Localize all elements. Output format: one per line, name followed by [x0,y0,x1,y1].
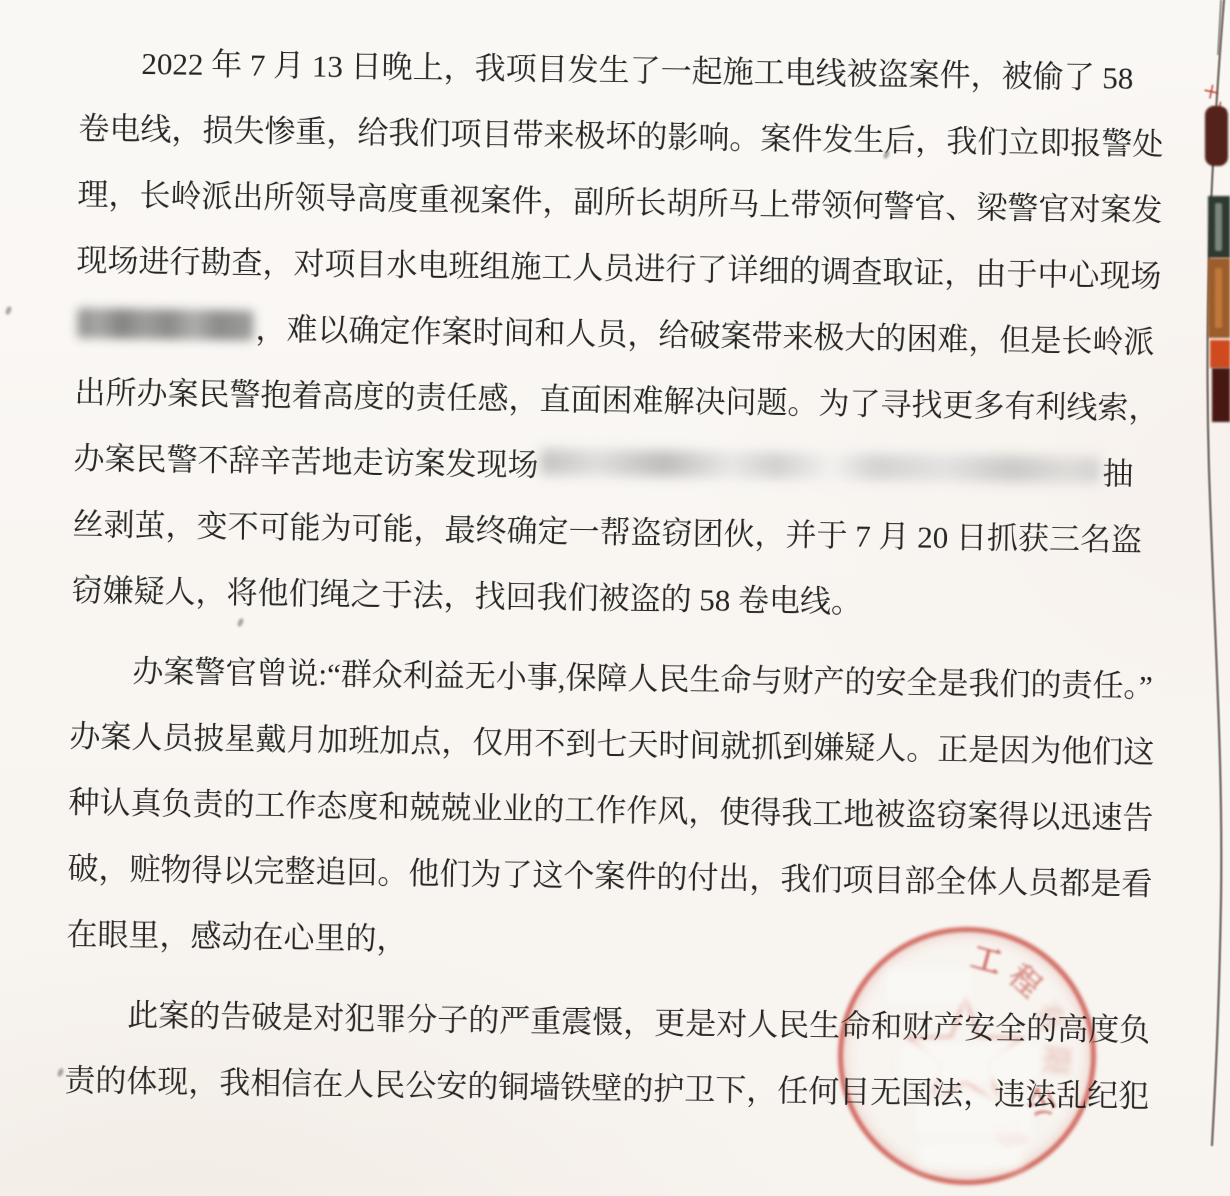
doc-text: 办案警官曾说:“群众利益无小事,保障人民生命与财产的安全是我们的责任。” [132,645,1153,705]
paragraph-1: 2022 年 7 月 13 日晚上，我项目发生了一起施工电线被盗案件，被偷了 5… [71,26,1172,636]
document-text: 2022 年 7 月 13 日晚上，我项目发生了一起施工电线被盗案件，被偷了 5… [64,26,1172,1126]
doc-text: 卷电线，损失惨重，给我们项目带来极坏的影响。案件发生后，我们立即报警处 [78,102,1164,163]
edge-color-block-highlight [1215,203,1222,250]
doc-text: 办案民警不辞辛苦地走访案发现场 [73,432,539,484]
doc-text: 此案的告破是对犯罪分子的严重震慑，更是对人民生命和财产安全的高度负 [127,989,1151,1049]
doc-text: 2022 年 7 月 13 日晚上，我项目发生了一起施工电线被盗案件，被偷了 5… [141,37,1134,97]
edge-color-block [1210,340,1230,368]
redacted-text [77,308,253,341]
doc-text: 理，长岭派出所领导高度重视案件，副所长胡所马上带领何警官、梁警官对案发 [77,168,1163,229]
doc-text: 出所办案民警抱着高度的责任感，直面困难解决问题。为了寻找更多有利线索， [74,366,1160,427]
doc-text: 现场进行勘查，对项目水电班组施工人员进行了详细的调查取证，由于中心现场 [76,234,1162,295]
doc-text: 抽 [1102,448,1134,493]
doc-text: 丝剥茧，变不可能为可能，最终确定一帮盗窃团伙，并于 7 月 20 日抓获三名盗 [72,498,1142,559]
doc-text: 破，赃物得以完整追回。他们为了这个案件的付出，我们项目部全体人员都是看 [67,842,1153,903]
doc-text: 在眼里，感动在心里的， [66,908,408,958]
edge-color-block [1208,196,1230,258]
redacted-text [540,449,1100,483]
doc-text: 种认真负责的工作态度和兢兢业业的工作作风，使得我工地被盗窃案得以迅速告 [68,776,1154,837]
paragraph-3: 此案的告破是对犯罪分子的严重震慑，更是对人民生命和财产安全的高度负责的体现，我相… [64,978,1158,1126]
photographed-document: { "page": { "background": "#faf8f5", "te… [0,0,1230,1196]
paragraph-2: 办案警官曾说:“群众利益无小事,保障人民生命与财产的安全是我们的责任。”办案人员… [66,634,1163,980]
seal-redaction-patch [918,1142,1022,1168]
doc-text: 办案人员披星戴月加班加点，仅用不到七天时间就抓到嫌疑人。正是因为他们这 [69,710,1155,771]
doc-text: 责的体现，我相信在人民公安的铜墙铁壁的护卫下，任何目无国法，违法乱纪犯 [64,1054,1150,1115]
edge-color-block [1212,368,1230,422]
edge-color-block [1205,106,1228,166]
doc-text: ，难以确定作案时间和人员，给破案带来极大的困难，但是长岭派 [255,303,1155,361]
doc-text: 窃嫌疑人，将他们绳之于法，找回我们被盗的 58 卷电线。 [71,564,862,621]
edge-color-block [1208,258,1230,338]
edge-color-block-highlight [1215,268,1222,329]
